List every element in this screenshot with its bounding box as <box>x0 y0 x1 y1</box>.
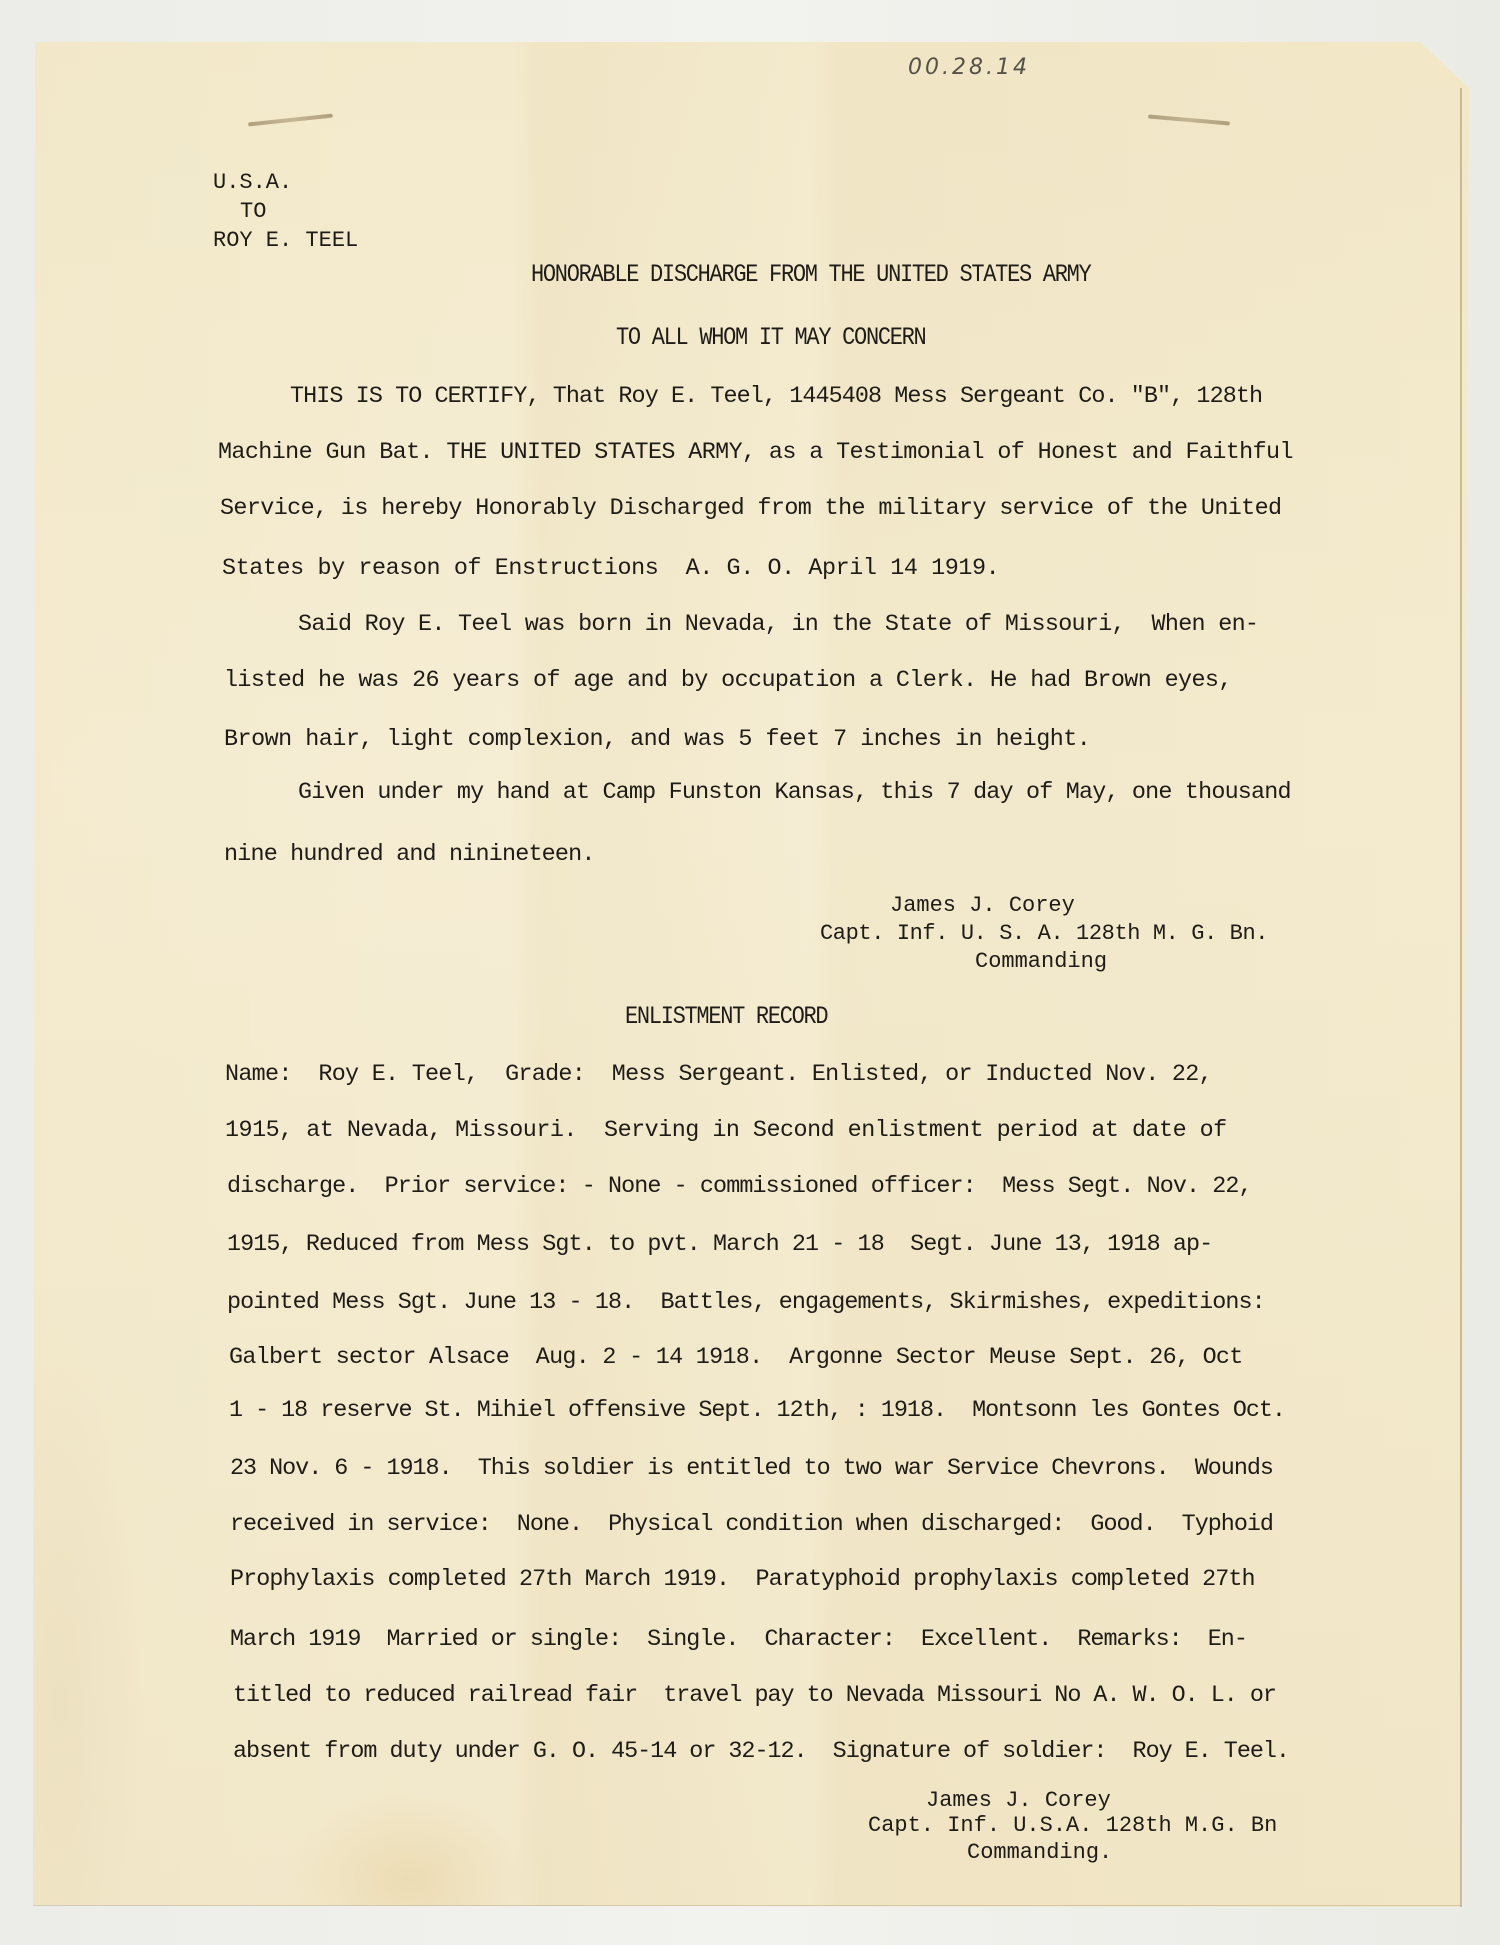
header-line-usa: U.S.A. <box>213 170 292 196</box>
certificate-line: States by reason of Enstructions A. G. O… <box>222 556 999 582</box>
enlistment-record-heading: ENLISTMENT RECORD <box>625 1003 827 1032</box>
enlistment-line: discharge. Prior service: - None - commi… <box>227 1174 1252 1200</box>
certificate-line: Service, is hereby Honorably Discharged … <box>220 496 1282 522</box>
enlistment-line: 1915, at Nevada, Missouri. Serving in Se… <box>225 1118 1227 1144</box>
given-line: nine hundred and ninineteen. <box>224 842 595 868</box>
document-title: HONORABLE DISCHARGE FROM THE UNITED STAT… <box>531 261 1090 290</box>
enlistment-line: absent from duty under G. O. 45-14 or 32… <box>233 1739 1289 1765</box>
paper-stain <box>0 0 1500 1945</box>
enlistment-line: March 1919 Married or single: Single. Ch… <box>230 1627 1247 1653</box>
signature-role: Commanding <box>975 949 1107 975</box>
enlistment-line: Prophylaxis completed 27th March 1919. P… <box>230 1567 1255 1593</box>
certificate-line: THIS IS TO CERTIFY, That Roy E. Teel, 14… <box>290 384 1262 410</box>
enlistment-line: 1 - 18 reserve St. Mihiel offensive Sept… <box>229 1398 1285 1424</box>
document-subtitle: TO ALL WHOM IT MAY CONCERN <box>616 324 925 353</box>
signature-role: Commanding. <box>967 1840 1112 1866</box>
header-line-to: TO <box>240 199 266 225</box>
given-line: Given under my hand at Camp Funston Kans… <box>298 780 1291 806</box>
enlistment-line: Galbert sector Alsace Aug. 2 - 14 1918. … <box>229 1345 1243 1371</box>
enlistment-line: titled to reduced railread fair travel p… <box>233 1683 1276 1709</box>
signature-name: James J. Corey <box>926 1788 1111 1814</box>
enlistment-line: Name: Roy E. Teel, Grade: Mess Sergeant.… <box>225 1062 1212 1088</box>
enlistment-line: 23 Nov. 6 - 1918. This soldier is entitl… <box>230 1456 1273 1482</box>
signature-rank: Capt. Inf. U.S.A. 128th M.G. Bn <box>868 1813 1277 1839</box>
catalog-number: 00.28.14 <box>908 55 1030 80</box>
enlistment-line: received in service: None. Physical cond… <box>230 1512 1273 1538</box>
signature-rank: Capt. Inf. U. S. A. 128th M. G. Bn. <box>820 921 1268 947</box>
description-line: listed he was 26 years of age and by occ… <box>224 668 1232 694</box>
enlistment-line: pointed Mess Sgt. June 13 - 18. Battles,… <box>227 1290 1265 1316</box>
description-line: Said Roy E. Teel was born in Nevada, in … <box>298 612 1258 638</box>
signature-name: James J. Corey <box>890 893 1075 919</box>
header-line-recipient: ROY E. TEEL <box>213 228 358 254</box>
enlistment-line: 1915, Reduced from Mess Sgt. to pvt. Mar… <box>227 1232 1212 1258</box>
paper-right-edge <box>1460 88 1462 1907</box>
paper-bottom-edge <box>33 1905 1461 1906</box>
certificate-line: Machine Gun Bat. THE UNITED STATES ARMY,… <box>218 440 1293 466</box>
description-line: Brown hair, light complexion, and was 5 … <box>224 727 1090 753</box>
